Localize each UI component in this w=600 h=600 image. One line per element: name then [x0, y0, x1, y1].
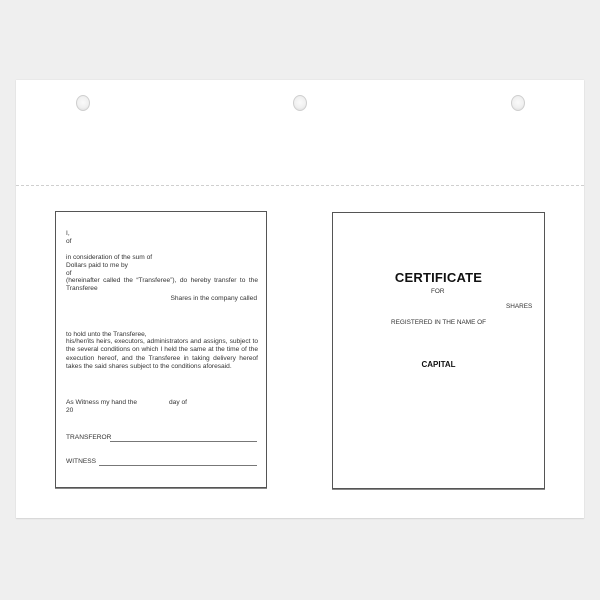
line-consideration: in consideration of the sum of	[66, 254, 152, 262]
line-hereinafter: (hereinafter called the “Transferee”), d…	[66, 277, 258, 294]
witness-signature-line[interactable]	[99, 465, 257, 466]
witness-hand: As Witness my hand the	[66, 399, 137, 407]
punch-hole-center	[293, 95, 307, 111]
witness-label: WITNESS	[66, 458, 96, 466]
certificate-cover: CERTIFICATE FOR SHARES REGISTERED IN THE…	[332, 212, 545, 489]
capital-label: CAPITAL	[333, 360, 544, 369]
registered-label: REGISTERED IN THE NAME OF	[391, 319, 486, 326]
line-shares-company: Shares in the company called	[170, 295, 257, 303]
transferor-label: TRANSFEROR	[66, 434, 111, 442]
day-of: day of	[169, 399, 187, 407]
shares-label: SHARES	[506, 303, 532, 310]
line-of: of	[66, 238, 72, 246]
certificate-title: CERTIFICATE	[333, 270, 544, 285]
perforation-line	[16, 185, 584, 186]
certificate-stub-sheet: I, of in consideration of the sum of Dol…	[16, 80, 584, 518]
line-i: I,	[66, 230, 70, 238]
line-dollars: Dollars paid to me by	[66, 262, 128, 270]
share-transfer-form: I, of in consideration of the sum of Dol…	[55, 211, 267, 488]
paragraph-heirs: his/her/its heirs, executors, administra…	[66, 338, 258, 372]
year-prefix: 20	[66, 407, 73, 415]
for-label: FOR	[431, 288, 445, 295]
punch-hole-right	[511, 95, 525, 111]
punch-hole-left	[76, 95, 90, 111]
transferor-signature-line[interactable]	[110, 441, 257, 442]
